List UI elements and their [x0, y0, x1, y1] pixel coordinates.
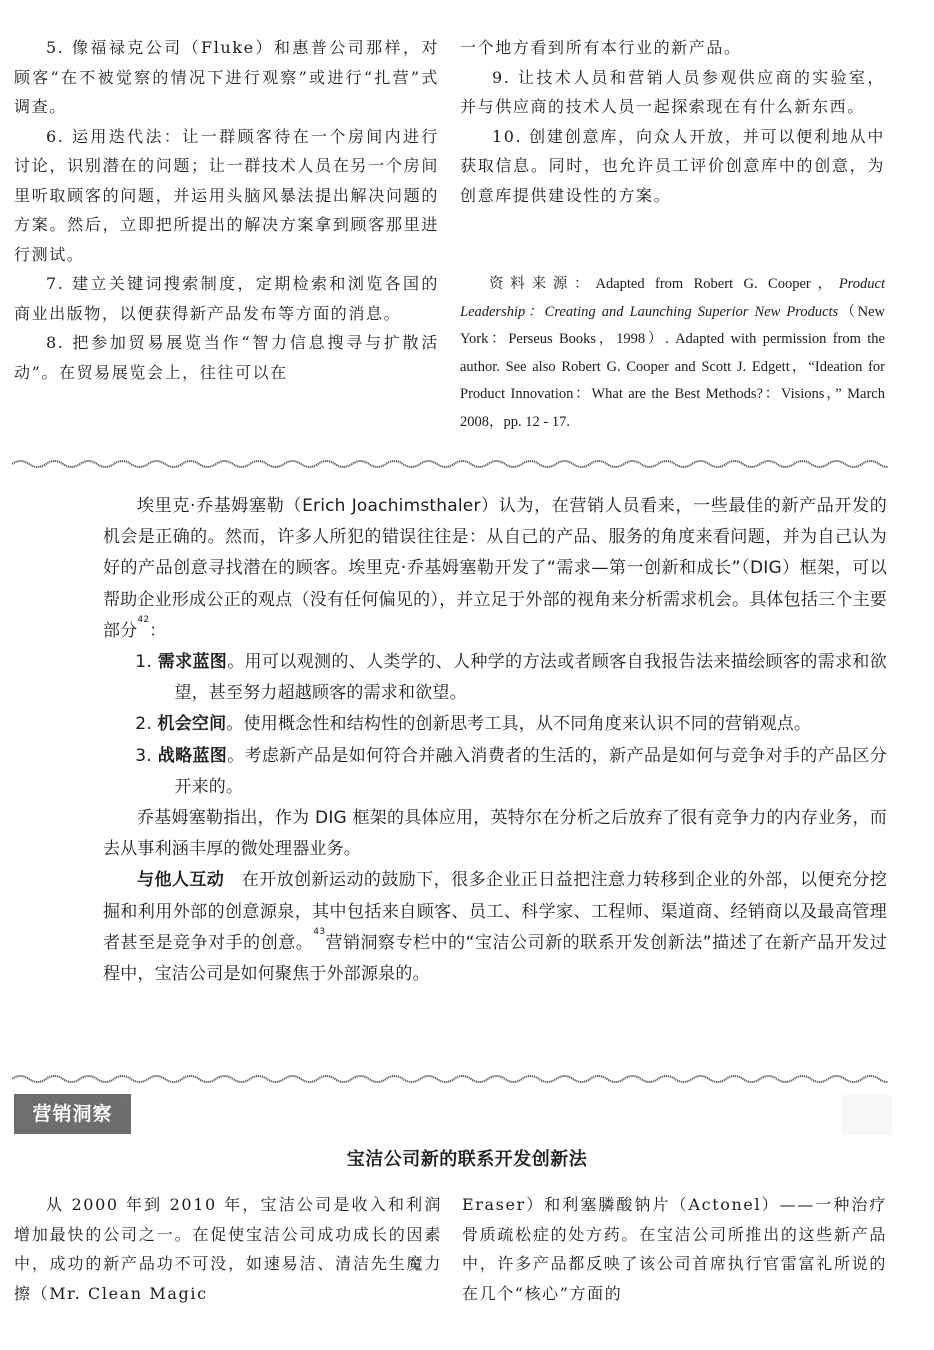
interact-heading: 与他人互动 — [137, 870, 224, 890]
source-text-2: （New York：Perseus Books，1998）. Adapted w… — [460, 304, 885, 430]
dig-term-3: 战略蓝图 — [158, 746, 227, 766]
dig-term-2: 机会空间 — [158, 714, 227, 734]
wavy-divider-top — [12, 458, 888, 470]
interact-paragraph: 与他人互动 在开放创新运动的鼓励下，很多企业正日益把注意力转移到企业的外部，以便… — [103, 865, 887, 990]
wavy-divider-bottom — [12, 1073, 888, 1085]
insight-left-column: 从 2000 年到 2010 年，宝洁公司是收入和利润增加最快的公司之一。在促使… — [14, 1190, 442, 1308]
source-note: 资料来源：Adapted from Robert G. Cooper，Produ… — [460, 271, 885, 437]
tip-7: 7. 建立关键词搜索制度，定期检索和浏览各国的商业出版物，以便获得新产品发布等方… — [14, 269, 439, 328]
tip-8-continuation: 一个地方看到所有本行业的新产品。 — [460, 33, 885, 63]
dig-term-1: 需求蓝图 — [158, 652, 227, 672]
insight-box-title: 宝洁公司新的联系开发创新法 — [0, 1147, 934, 1173]
insight-left-text: 从 2000 年到 2010 年，宝洁公司是收入和利润增加最快的公司之一。在促使… — [14, 1190, 442, 1308]
dig-item-3: 3. 战略蓝图。考虑新产品是如何符合并融入消费者的生活的，新产品是如何与竞争对手… — [135, 741, 887, 803]
tip-10: 10. 创建创意库，向众人开放，并可以便利地从中获取信息。同时，也允许员工评价创… — [460, 122, 885, 211]
source-text-1: Adapted from Robert G. Cooper， — [595, 276, 838, 292]
dig-item-2: 2. 机会空间。使用概念性和结构性的创新思考工具，从不同角度来认识不同的营销观点… — [135, 709, 887, 740]
tip-9: 9. 让技术人员和营销人员参观供应商的实验室，并与供应商的技术人员一起探索现在有… — [460, 63, 885, 122]
marketing-insight-label: 营销洞察 — [14, 1094, 131, 1134]
right-column-tips: 一个地方看到所有本行业的新产品。 9. 让技术人员和营销人员参观供应商的实验室，… — [460, 33, 885, 210]
tip-6: 6. 运用迭代法：让一群顾客待在一个房间内进行讨论，识别潜在的问题；让一群技术人… — [14, 122, 439, 270]
footnote-43: 43 — [313, 927, 325, 937]
faint-watermark — [842, 1095, 892, 1135]
main-body-text: 埃里克·乔基姆塞勒（Erich Joachimsthaler）认为，在营销人员看… — [103, 491, 887, 990]
insight-right-column: Eraser）和利塞膦酸钠片（Actonel）——一种治疗骨质疏松症的处方药。在… — [462, 1190, 887, 1308]
insight-right-text: Eraser）和利塞膦酸钠片（Actonel）——一种治疗骨质疏松症的处方药。在… — [462, 1190, 887, 1308]
tip-5: 5. 像福禄克公司（Fluke）和惠普公司那样，对顾客“在不被觉察的情况下进行观… — [14, 33, 439, 122]
source-label: 资料来源： — [489, 276, 595, 292]
intro-paragraph: 埃里克·乔基姆塞勒（Erich Joachimsthaler）认为，在营销人员看… — [103, 491, 887, 647]
dig-item-1: 1. 需求蓝图。用可以观测的、人类学的、人种学的方法或者顾客自我报告法来描绘顾客… — [135, 647, 887, 709]
left-column-tips: 5. 像福禄克公司（Fluke）和惠普公司那样，对顾客“在不被觉察的情况下进行观… — [14, 33, 439, 387]
tip-8: 8. 把参加贸易展览当作“智力信息搜寻与扩散活动”。在贸易展览会上，往往可以在 — [14, 328, 439, 387]
intel-paragraph: 乔基姆塞勒指出，作为 DIG 框架的具体应用，英特尔在分析之后放弃了很有竞争力的… — [103, 803, 887, 865]
footnote-42: 42 — [137, 615, 149, 625]
